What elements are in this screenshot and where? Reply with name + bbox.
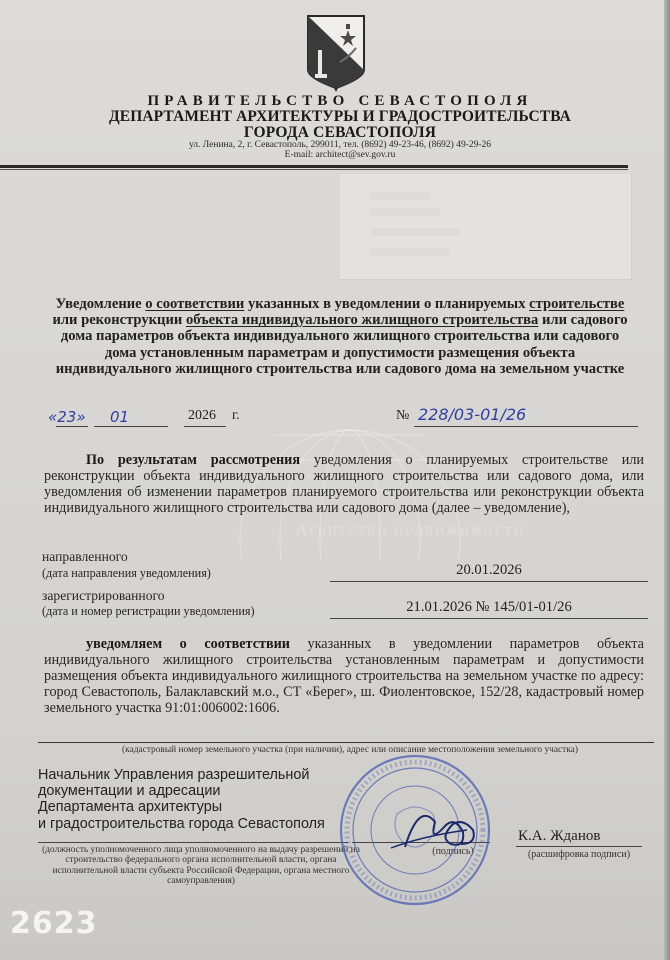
department-address: ул. Ленина, 2, г. Севастополь, 299011, т… — [60, 140, 620, 150]
position-underline — [38, 842, 348, 843]
number-underline — [414, 426, 638, 427]
name-underline — [516, 846, 642, 847]
position-line: Департамента архитектуры — [38, 799, 325, 815]
review-paragraph: По результатам рассмотрения уведомления … — [44, 452, 644, 516]
official-stamp-icon — [335, 752, 500, 907]
title-text: Уведомление — [56, 296, 146, 312]
position-line: Начальник Управления разрешительной — [38, 767, 325, 783]
title-underlined: объекта индивидуального жилищного строит… — [186, 312, 538, 328]
year-underline — [184, 426, 226, 427]
document-page: Агентство недвижимости ПРАВИТЕЛЬСТВО СЕВ… — [0, 0, 670, 960]
title-text: или реконструкции — [52, 312, 186, 328]
header-divider — [0, 165, 628, 170]
day-underline — [56, 426, 88, 427]
month-underline — [94, 426, 168, 427]
position-line: документации и адресации — [38, 783, 325, 799]
signatory-name: К.А. Жданов — [518, 828, 600, 845]
registered-value: 21.01.2026 № 145/01-01/26 — [330, 599, 648, 619]
signatory-position: Начальник Управления разрешительной доку… — [38, 767, 325, 832]
position-line: и градостроительства города Севастополя — [38, 816, 325, 832]
date-day: «23» — [48, 408, 86, 426]
name-caption: (расшифровка подписи) — [516, 849, 642, 860]
registered-caption: (дата и номер регистрации уведомления) — [42, 604, 255, 619]
number-label: № — [396, 408, 409, 424]
title-underlined: о соответствии — [145, 296, 244, 312]
notify-paragraph: уведомляем о соответствии указанных в ув… — [44, 636, 644, 716]
date-year-suffix: г. — [232, 408, 240, 424]
title-underlined: строительстве — [529, 296, 624, 312]
redacted-addressee-block — [340, 174, 632, 280]
sent-label: направленного — [42, 549, 128, 565]
title-text: указанных в уведомлении о планируемых — [244, 296, 529, 312]
date-year: 2026 — [188, 408, 216, 424]
coat-of-arms-icon — [304, 12, 368, 92]
notify-paragraph-lead: уведомляем о соответствии — [86, 636, 290, 652]
page-edge-shadow — [664, 0, 670, 960]
sent-caption: (дата направления уведомления) — [42, 566, 211, 581]
parcel-underline — [38, 742, 654, 743]
review-paragraph-lead: По результатам рассмотрения — [86, 452, 300, 468]
document-title: Уведомление о соответствии указанных в у… — [50, 296, 630, 377]
sent-date-value: 20.01.2026 — [330, 562, 648, 582]
overlay-listing-number: 2623 — [10, 906, 98, 941]
date-month: 01 — [110, 408, 129, 426]
watermark-text: Агентство недвижимости — [200, 520, 620, 540]
position-caption: (должность уполномоченного лица уполномо… — [36, 845, 366, 887]
registered-label: зарегистрированного — [42, 588, 165, 604]
document-number: 228/03-01/26 — [418, 405, 526, 424]
department-email: E-mail: architect@sev.gov.ru — [60, 150, 620, 160]
